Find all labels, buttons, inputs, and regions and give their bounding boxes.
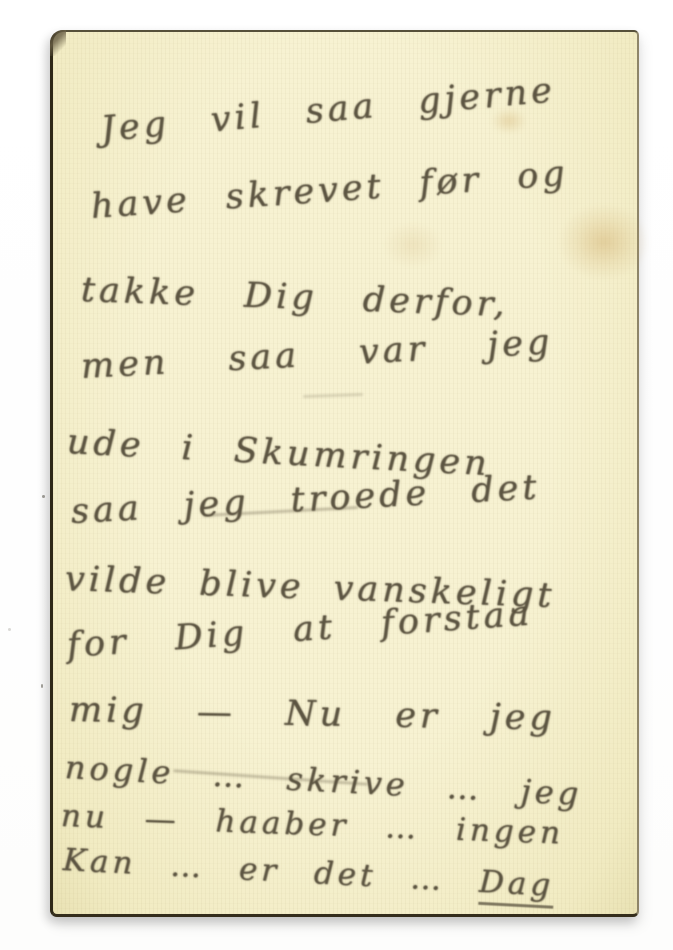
dust-speck xyxy=(8,628,11,631)
handwriting-line: Kan … er det … Dag xyxy=(62,842,555,904)
dust-speck xyxy=(42,495,45,498)
paper-stain xyxy=(383,222,443,268)
paper-stain xyxy=(558,204,650,280)
scan-background: Jeg vil saa gjerne have skrevet før og t… xyxy=(0,0,673,950)
handwriting-text: Kan … er det … xyxy=(62,842,480,900)
handwriting-line: takke Dig derfor, xyxy=(80,270,509,325)
dust-speck xyxy=(41,684,43,688)
postcard: Jeg vil saa gjerne have skrevet før og t… xyxy=(50,30,639,917)
handwriting-line: mig — Nu er jeg xyxy=(69,690,556,738)
pencil-smudge xyxy=(303,393,363,398)
handwriting-line: Jeg vil saa gjerne xyxy=(99,70,557,150)
handwriting-line: have skrevet før og xyxy=(90,154,570,227)
underlined-word: Dag xyxy=(478,864,555,909)
worn-corner xyxy=(50,30,66,56)
handwriting-line: saa jeg troede det xyxy=(70,467,541,532)
handwriting-line: men saa var jeg xyxy=(80,322,554,387)
